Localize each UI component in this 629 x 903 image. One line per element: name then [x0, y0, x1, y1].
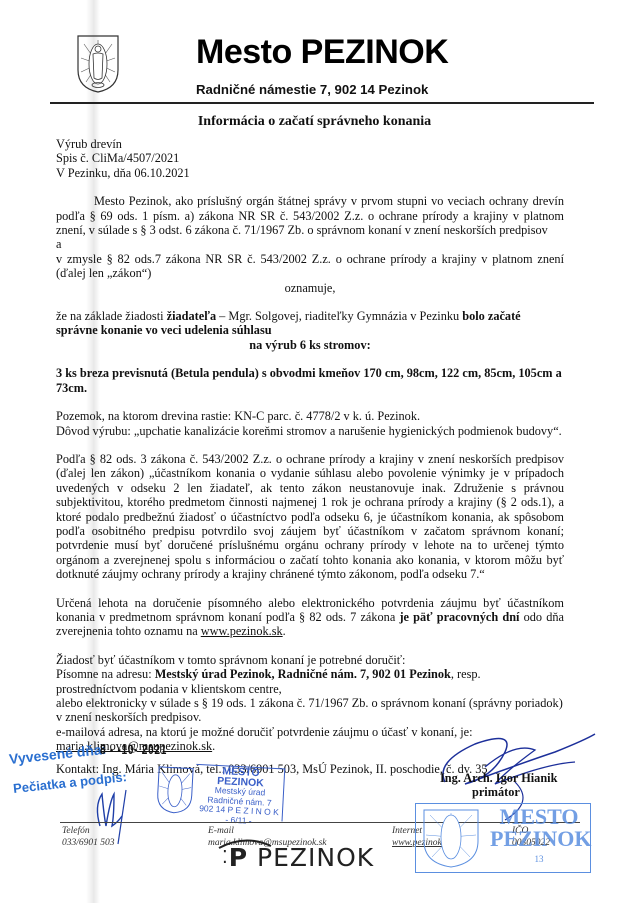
stamp-crest-icon — [154, 764, 197, 816]
announces: oznamuje, — [56, 281, 564, 295]
website-link[interactable]: www.pezinok.sk — [201, 624, 283, 638]
official-stamp-line-1: MESTO — [490, 806, 588, 828]
intro-conjunction: a — [56, 237, 564, 251]
intro-paragraph: Mesto Pezinok, ako príslušný orgán štátn… — [56, 194, 564, 237]
official-crest-icon — [420, 807, 482, 869]
logo-dots-icon: ⁚ — [222, 847, 229, 868]
delivery-electronic: alebo elektronicky v súlade s § 19 ods. … — [56, 696, 564, 725]
signatory-name: Ing. Arch. Igor Hianik — [440, 771, 557, 786]
pezinok-logo: ⁚P PEZINOK — [222, 843, 374, 872]
office-stamp: MESTO PEZINOK Mestský úrad Radničné nám.… — [154, 762, 282, 820]
intro-paragraph-2: v zmysle § 82 ods.7 zákona NR SR č. 543/… — [56, 252, 564, 281]
file-number: Spis č. CliMa/4507/2021 — [56, 151, 564, 165]
official-stamp-number: 13 — [490, 854, 588, 864]
document-title: Informácia o začatí správneho konania — [0, 114, 629, 130]
footer-phone: Telefón 033/6901 503 — [62, 826, 115, 849]
place-date: V Pezinku, dňa 06.10.2021 — [56, 166, 564, 180]
request-paragraph: že na základe žiadosti žiadateľa – Mgr. … — [56, 309, 564, 338]
official-city-stamp: MESTOPEZINOK 13 — [415, 803, 591, 873]
city-address: Radničné námestie 7, 902 14 Pezinok — [196, 82, 428, 97]
document-body: Výrub drevín Spis č. CliMa/4507/2021 V P… — [56, 137, 564, 776]
delivery-postal: Písomne na adresu: Mestský úrad Pezinok,… — [56, 667, 564, 696]
parcel: Pozemok, na ktorom drevina rastie: KN-C … — [56, 409, 564, 423]
felling-reason: Dôvod výrubu: „upchatie kanalizácie kore… — [56, 424, 564, 438]
subject: Výrub drevín — [56, 137, 564, 151]
delivery-intro: Žiadosť byť účastníkom v tomto správnom … — [56, 653, 564, 667]
email-intro: e-mailová adresa, na ktorú je možné doru… — [56, 725, 564, 739]
trees-description: 3 ks breza previsnutá (Betula pendula) s… — [56, 366, 564, 395]
deadline-paragraph: Určená lehota na doručenie písomného ale… — [56, 596, 564, 639]
city-title: Mesto PEZINOK — [196, 33, 448, 72]
law-quote: Podľa § 82 ods. 3 zákona č. 543/2002 Z.z… — [56, 452, 564, 582]
felling-count: na výrub 6 ks stromov: — [56, 338, 564, 352]
header-divider — [50, 102, 594, 104]
official-stamp-line-2: PEZINOK — [490, 828, 588, 850]
posted-date: 8 - -10- 2021 — [100, 741, 167, 757]
signatory-role: primátor — [472, 785, 520, 800]
city-crest-icon — [76, 34, 120, 94]
